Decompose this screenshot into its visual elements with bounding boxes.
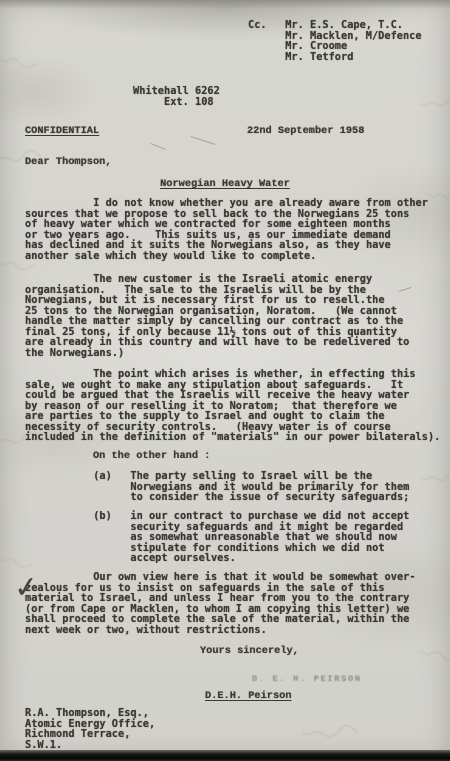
pencil-mark (150, 143, 165, 150)
ghost-handwriting (300, 723, 361, 740)
signature-typed: D.E.H. Peirson (205, 691, 292, 702)
ghost-handwriting (0, 52, 41, 72)
classification-label: CONFIDENTIAL (25, 126, 99, 137)
ghost-handwriting (419, 468, 450, 486)
cc-list: Cc. Mr. E.S. Cape, T.C. Mr. Macklen, M/D… (248, 20, 422, 62)
salutation: Dear Thompson, (25, 157, 112, 168)
pencil-mark (190, 136, 215, 145)
paragraph-2: The new customer is the Israeli atomic e… (25, 274, 409, 358)
paragraph-3: The point which arises is whether, in ef… (25, 369, 440, 443)
ghost-handwriting (417, 92, 450, 112)
valediction: Yours sincerely, (200, 646, 299, 657)
subject-heading: Norwegian Heavy Water (0, 179, 450, 190)
paragraph-1: I do not know whether you are already aw… (25, 198, 428, 261)
list-item-a: (a) The party selling to Israel will be … (25, 471, 409, 503)
letter-date: 22nd September 1958 (247, 126, 364, 137)
scan-edge-bottom (0, 750, 450, 761)
signature-stamp: D. E. H. PEIRSON (252, 674, 362, 684)
ghost-handwriting (415, 645, 450, 665)
recipient-address: R.A. Thompson, Esq., Atomic Energy Offic… (25, 708, 155, 750)
other-hand-lead-in: On the other hand : (25, 451, 210, 462)
scan-edge-top (0, 0, 450, 9)
margin-checkmark-annotation: ✓ (12, 569, 40, 605)
list-item-b: (b) in our contract to purchase we did n… (25, 511, 409, 564)
paragraph-4: Our own view here is that it would be so… (25, 572, 416, 635)
scanned-letter-page: Cc. Mr. E.S. Cape, T.C. Mr. Macklen, M/D… (0, 0, 450, 761)
phone-block: Whitehall 6262 Ext. 108 (133, 86, 220, 107)
